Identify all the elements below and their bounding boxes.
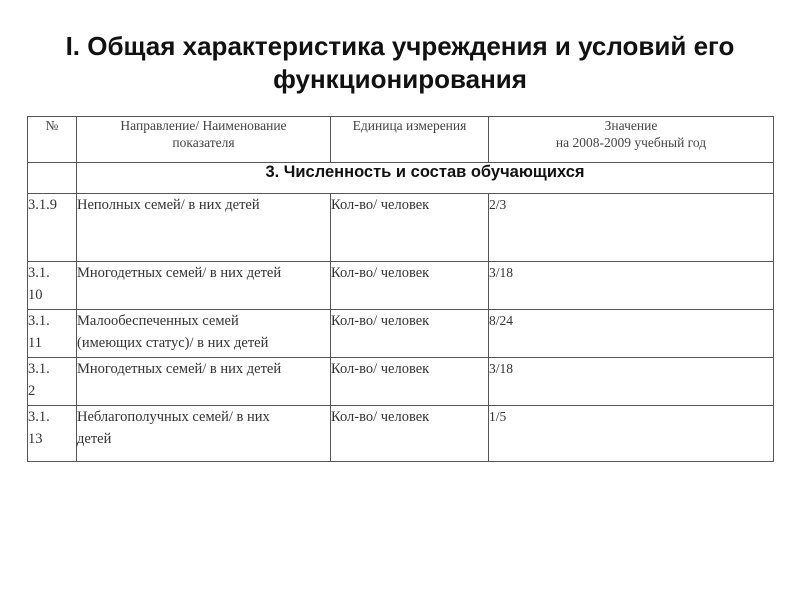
table-row: 3.1. 13 Неблагополучных семей/ в них дет… <box>28 406 774 462</box>
row-number-line-2: 13 <box>28 428 76 450</box>
section-number-cell <box>28 163 77 194</box>
table-row: 3.1. 11 Малообеспеченных семей (имеющих … <box>28 310 774 358</box>
header-number: № <box>28 117 77 163</box>
row-unit: Кол-во/ человек <box>331 262 489 310</box>
row-indicator-name: Неблагополучных семей/ в них детей <box>77 406 331 462</box>
row-name-line-2: детей <box>77 428 330 450</box>
row-value: 3/18 <box>489 358 774 406</box>
row-number: 3.1. 10 <box>28 262 77 310</box>
row-name-line-1: Многодетных семей/ в них детей <box>77 262 330 284</box>
row-name-line-1: Многодетных семей/ в них детей <box>77 358 330 380</box>
row-name-line-1: Неполных семей/ в них детей <box>77 194 330 216</box>
row-number-line-1: 3.1. <box>28 358 76 380</box>
header-direction-line-1: Направление/ Наименование <box>77 117 330 134</box>
row-number-line-1: 3.1. <box>28 406 76 428</box>
header-unit: Единица измерения <box>331 117 489 163</box>
row-name-line-2: (имеющих статус)/ в них детей <box>77 332 330 354</box>
row-unit: Кол-во/ человек <box>331 406 489 462</box>
indicators-table: № Направление/ Наименование показателя Е… <box>27 116 774 462</box>
table-row: 3.1.9 Неполных семей/ в них детей Кол-во… <box>28 194 774 262</box>
row-name-line-1: Малообеспеченных семей <box>77 310 330 332</box>
section-title: 3. Численность и состав обучающихся <box>77 163 774 194</box>
row-name-line-1: Неблагополучных семей/ в них <box>77 406 330 428</box>
table-row: 3.1. 2 Многодетных семей/ в них детей Ко… <box>28 358 774 406</box>
header-value-line-1: Значение <box>489 117 773 134</box>
row-number-line-2: 11 <box>28 332 76 354</box>
row-number: 3.1.9 <box>28 194 77 262</box>
page-title-line-1: I. Общая характеристика учреждения и усл… <box>20 30 780 63</box>
row-unit: Кол-во/ человек <box>331 358 489 406</box>
table-header-row: № Направление/ Наименование показателя Е… <box>28 117 774 163</box>
row-number-line-1: 3.1. <box>28 262 76 284</box>
row-number-line-1: 3.1.9 <box>28 194 76 216</box>
row-number: 3.1. 2 <box>28 358 77 406</box>
row-indicator-name: Многодетных семей/ в них детей <box>77 262 331 310</box>
header-value-line-2: на 2008-2009 учебный год <box>489 134 773 151</box>
row-number-line-2: 2 <box>28 380 76 402</box>
row-unit: Кол-во/ человек <box>331 194 489 262</box>
page-title-line-2: функционирования <box>20 63 780 96</box>
row-value: 8/24 <box>489 310 774 358</box>
row-value: 1/5 <box>489 406 774 462</box>
table-row: 3.1. 10 Многодетных семей/ в них детей К… <box>28 262 774 310</box>
row-number: 3.1. 11 <box>28 310 77 358</box>
row-value: 3/18 <box>489 262 774 310</box>
header-direction: Направление/ Наименование показателя <box>77 117 331 163</box>
row-number-line-2: 10 <box>28 284 76 306</box>
row-indicator-name: Малообеспеченных семей (имеющих статус)/… <box>77 310 331 358</box>
row-number: 3.1. 13 <box>28 406 77 462</box>
row-unit: Кол-во/ человек <box>331 310 489 358</box>
page-title: I. Общая характеристика учреждения и усл… <box>20 30 780 96</box>
row-indicator-name: Неполных семей/ в них детей <box>77 194 331 262</box>
section-row: 3. Численность и состав обучающихся <box>28 163 774 194</box>
row-value: 2/3 <box>489 194 774 262</box>
header-direction-line-2: показателя <box>77 134 330 151</box>
row-indicator-name: Многодетных семей/ в них детей <box>77 358 331 406</box>
row-number-line-1: 3.1. <box>28 310 76 332</box>
header-value: Значение на 2008-2009 учебный год <box>489 117 774 163</box>
